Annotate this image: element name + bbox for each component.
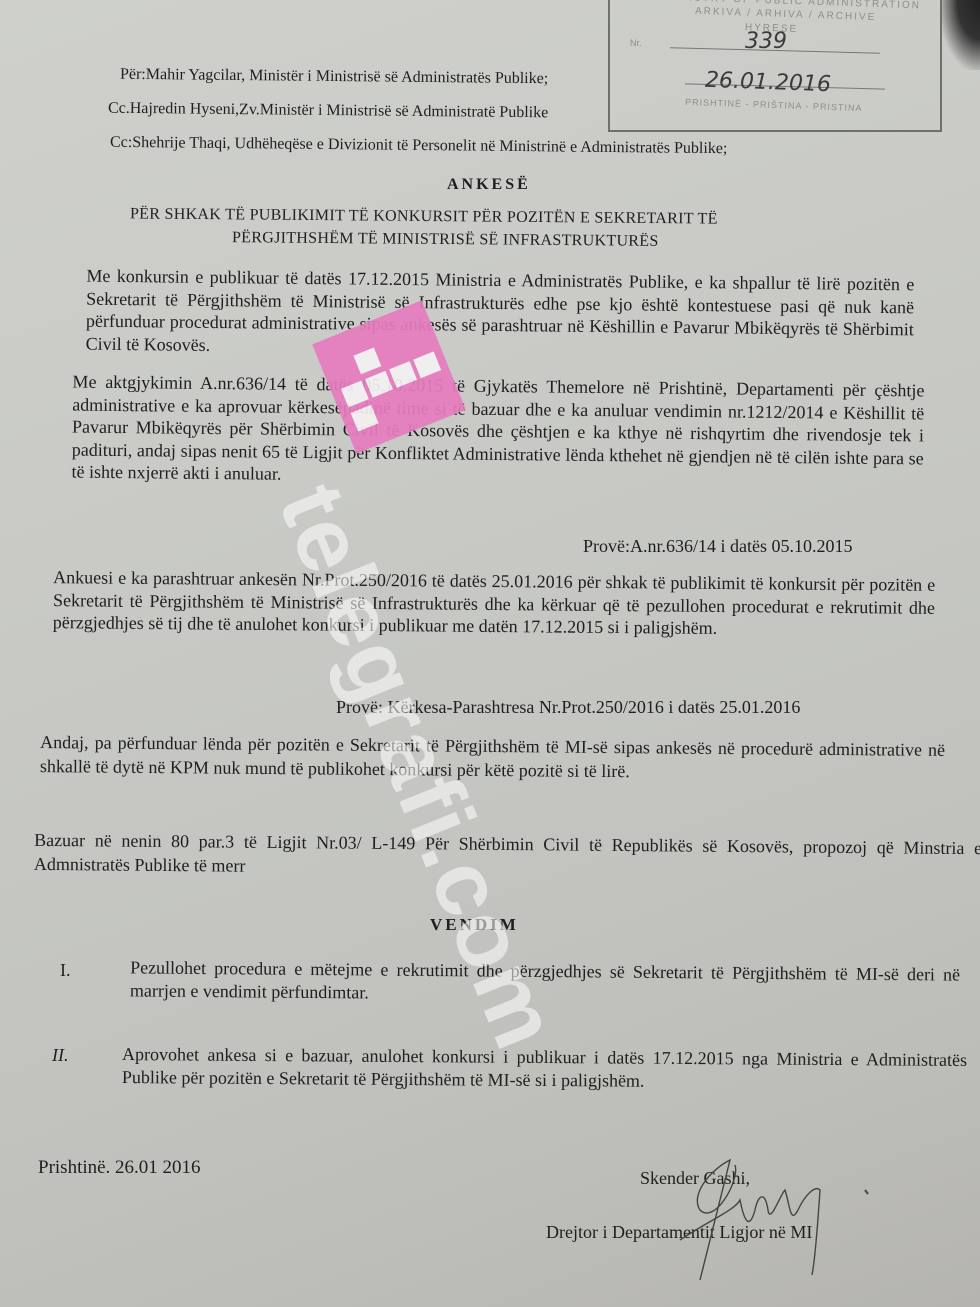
stamp-number-label: Nr.: [630, 38, 642, 48]
decision-1-numeral: I.: [60, 960, 71, 981]
addressee-cc-2: Cc:Shehrije Thaqi, Udhëheqëse e Divizion…: [110, 134, 728, 158]
paragraph-1: Me konkursin e publikuar të datës 17.12.…: [86, 265, 915, 364]
document-subtitle-line-2: PËRGJITHSHËM TË MINISTRISË SË INFRASTRUK…: [232, 229, 659, 251]
photo-shadow-corner: [940, 0, 980, 70]
paragraph-2: Me aktgjykimin A.nr.636/14 të datës 05.1…: [71, 371, 924, 492]
addressee-to: Për:Mahir Yagcilar, Ministër i Ministris…: [120, 66, 548, 88]
archive-stamp: MINISTRY OF PUBLIC ADMINISTRATION ARKIVA…: [608, 0, 942, 132]
decision-2-numeral: II.: [52, 1045, 69, 1066]
handwritten-signature: [640, 1150, 870, 1290]
paragraph-3: Ankuesi e ka parashtruar ankesën Nr.Prot…: [53, 566, 936, 641]
stamp-date: 26.01.2016: [705, 68, 832, 97]
place-date: Prishtinë. 26.01 2016: [38, 1157, 201, 1179]
paragraph-4: Andaj, pa përfunduar lënda për pozitën e…: [40, 731, 945, 786]
document-subtitle-line-1: PËR SHKAK TË PUBLIKIMIT TË KONKURSIT PËR…: [130, 205, 718, 228]
proof-1: Provë:A.nr.636/14 i datës 05.10.2015: [583, 536, 852, 557]
stamp-number: 339: [745, 29, 787, 54]
document-title: ANKESË: [447, 176, 531, 194]
stamp-city: PRISHTINË - PRIŠTINA - PRISTINA: [685, 97, 863, 113]
decision-2-text: Aprovohet ankesa si e bazuar, anulohet k…: [122, 1043, 967, 1095]
addressee-cc-1: Cc.Hajredin Hyseni,Zv.Ministër i Ministr…: [108, 100, 548, 123]
